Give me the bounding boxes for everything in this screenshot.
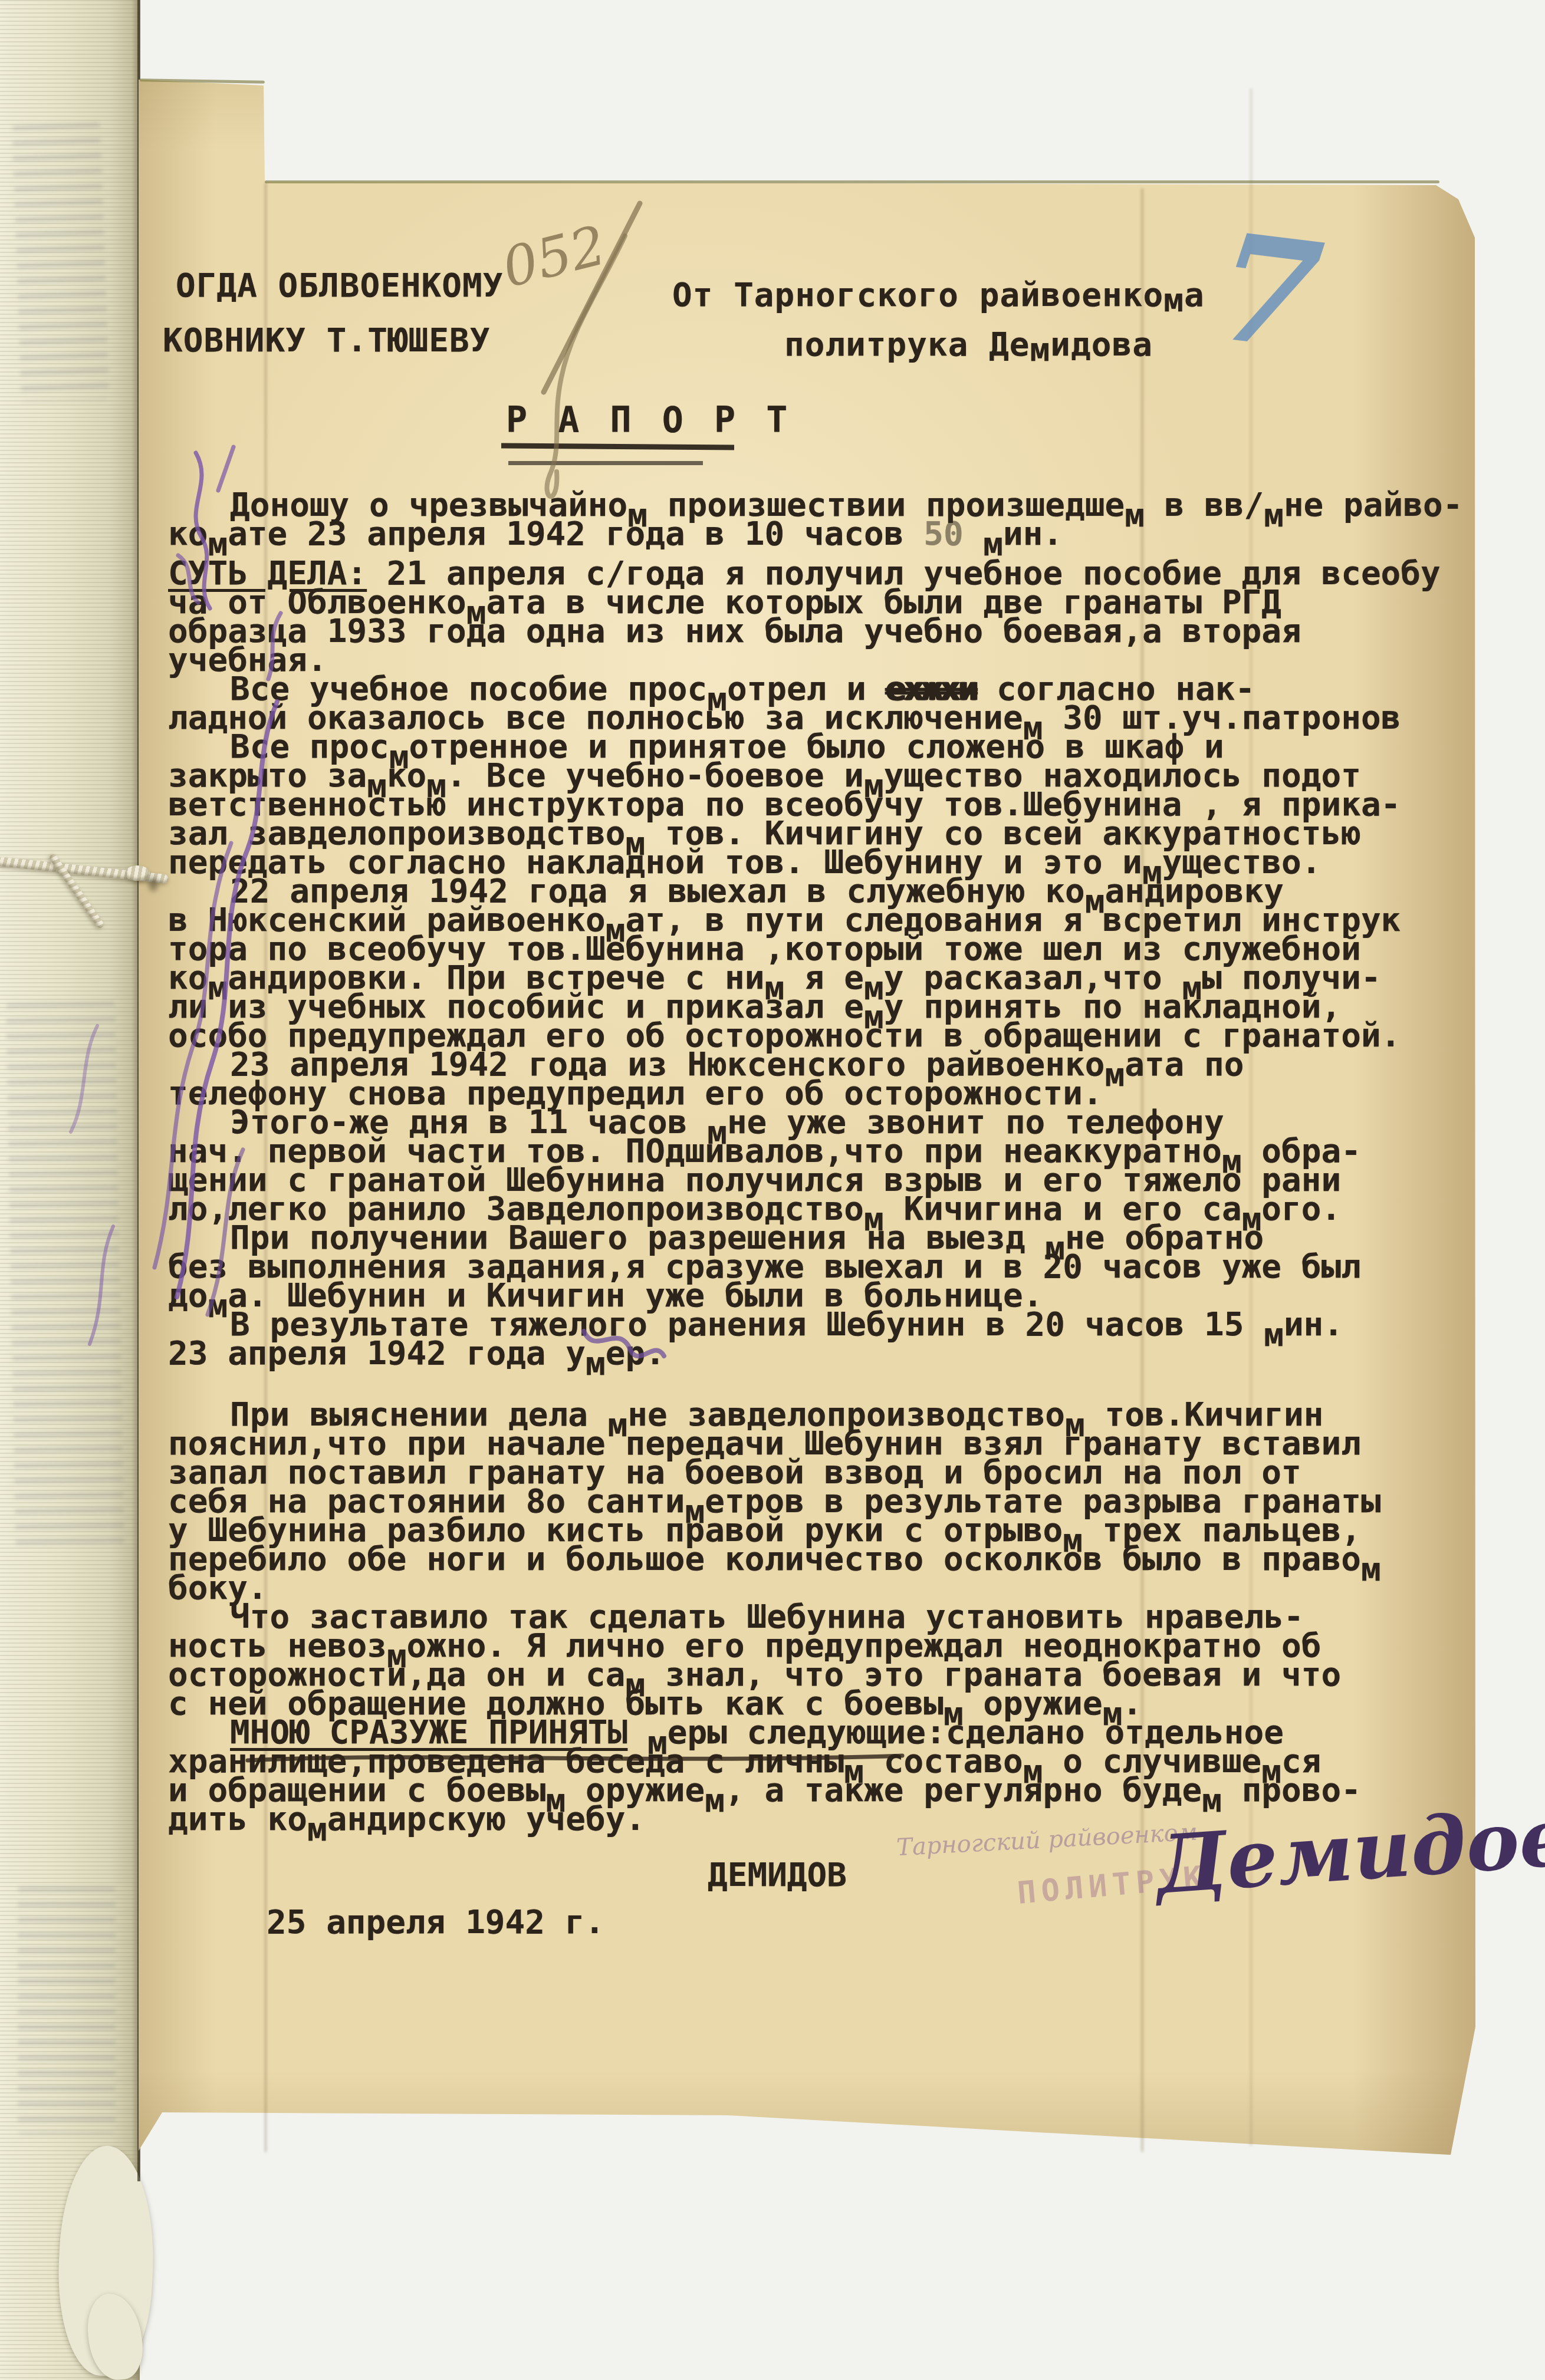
typed-text-segment: комате 23 апреля 1942 года в 10 часов — [168, 515, 923, 553]
title-underline — [508, 461, 703, 465]
sender-line-1: От Тарногского райвоенкома — [672, 276, 1205, 314]
page-number-annotation: 7 — [1208, 199, 1330, 384]
typed-text-segment: мин. — [964, 515, 1063, 553]
typed-text-segment: перебило обе ноги и большое количество о… — [168, 1540, 1381, 1578]
report-body: Доношу о чрезвычайном произшествии произ… — [168, 491, 1501, 1833]
typed-line: образца 1933 года одна из них была учебн… — [168, 617, 1501, 646]
typed-signature-name: ДЕМИДОВ — [708, 1856, 847, 1894]
report-date: 25 апреля 1942 г. — [267, 1903, 604, 1941]
stitch-hole — [149, 877, 158, 891]
report-title: Р А П О Р Т — [506, 400, 792, 441]
addressee-line-1: ОГДА ОБЛВОЕНКОМУ — [176, 266, 503, 305]
scanned-archive-page: { "document": { "annotations": { "file_n… — [0, 0, 1545, 2380]
addressee-line-2: КОВНИКУ Т.ТЮШЕВУ — [163, 321, 490, 360]
typed-text-segment: 23 апреля 1942 года умер. — [168, 1334, 665, 1372]
bleedthrough-text-block — [6, 1001, 124, 1545]
typed-text-segment: образца 1933 года одна из них была учебн… — [168, 612, 1301, 650]
paper-top-edge — [265, 180, 1439, 183]
typed-text-segment: 50 — [923, 515, 963, 553]
typed-text-segment: дить командирскую учебу. — [168, 1800, 645, 1838]
thread-knot — [125, 865, 150, 881]
typed-line: перебило обе ноги и большое количество о… — [168, 1545, 1501, 1574]
bleedthrough-text-block — [12, 123, 110, 403]
sender-line-2: политрука Демидова — [784, 325, 1153, 364]
bleedthrough-text-block — [18, 1887, 115, 2134]
